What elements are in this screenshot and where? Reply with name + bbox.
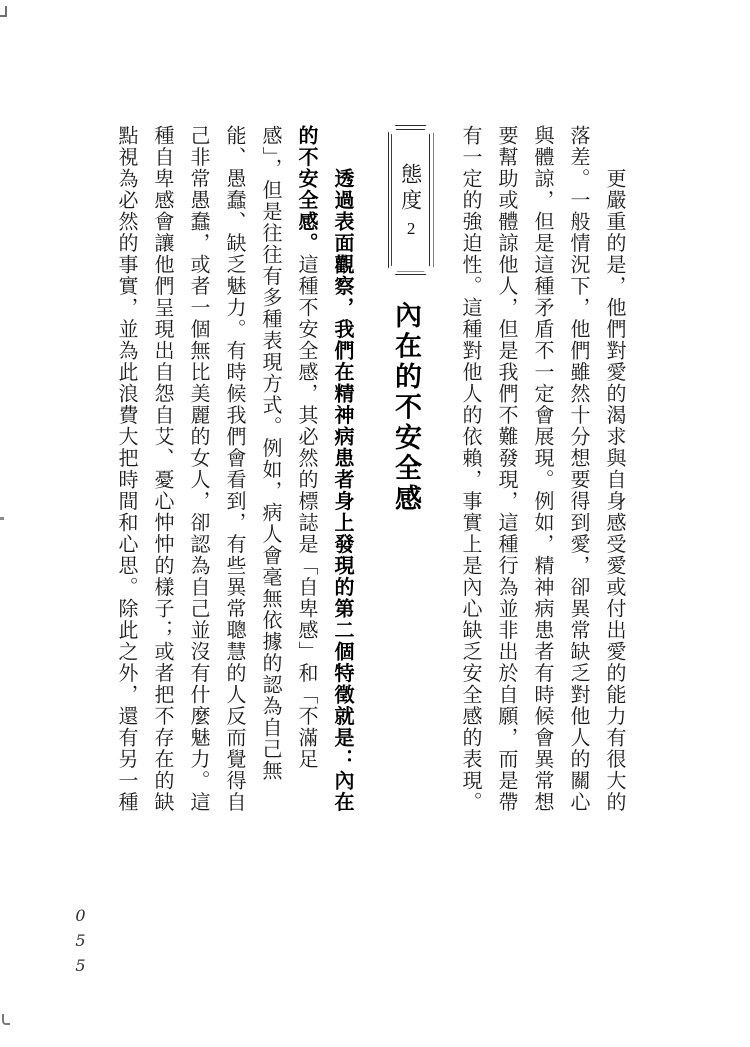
body-line: 點視為必然的事實，並為此浪費大把時間和心思。除此之外，還有另一種 — [108, 125, 144, 820]
scan-artifact-middle — [0, 517, 4, 520]
body-line: 要幫助或體諒他人，但是我們不難發現，這種行為並非出於自願，而是帶 — [488, 125, 524, 820]
body-line: 落差。一般情況下，他們雖然十分想要得到愛，卻異常缺乏對他人的關心 — [560, 125, 596, 820]
body-line: 與體諒，但是這種矛盾不一定會展現。例如，精神病患者有時候會異常想 — [524, 125, 560, 820]
section-title: 內在的不安全感 — [391, 301, 421, 515]
scan-artifact-bottom — [2, 1014, 10, 1025]
section-header: 態度2內在的不安全感 — [369, 125, 443, 820]
page-number: 055 — [71, 906, 90, 981]
body-line-bold-segment: 的不安全感。 — [295, 125, 317, 254]
section-badge-label: 態度 — [399, 163, 423, 215]
body-line: 能、愚蠢、缺乏魅力。有時候我們會看到，有些異常聰慧的人反而覺得自 — [216, 125, 252, 820]
book-page: 更嚴重的是，他們對愛的渴求與自身感受愛或付出愛的能力有很大的 落差。一般情況下，… — [0, 0, 750, 1047]
body-line: 感」，但是往往有多種表現方式。例如，病人會毫無依據的認為自己無 — [252, 125, 288, 820]
body-line: 有一定的強迫性。這種對他人的依賴，事實上是內心缺乏安全感的表現。 — [452, 125, 488, 820]
body-line-segment: 這種不安全感，其必然的標誌是「自卑感」和「不滿足 — [295, 254, 317, 770]
paragraph-1: 更嚴重的是，他們對愛的渴求與自身感受愛或付出愛的能力有很大的 落差。一般情況下，… — [452, 125, 632, 820]
body-line: 的不安全感。這種不安全感，其必然的標誌是「自卑感」和「不滿足 — [288, 125, 324, 820]
body-line: 種自卑感會讓他們呈現出自怨自艾、憂心忡忡的樣子；或者把不存在的缺 — [144, 125, 180, 820]
body-line: 己非常愚蠢，或者一個無比美麗的女人，卻認為自己並沒有什麼魅力。這 — [180, 125, 216, 820]
vertical-text-block: 更嚴重的是，他們對愛的渴求與自身感受愛或付出愛的能力有很大的 落差。一般情況下，… — [108, 125, 632, 820]
scan-artifact-top — [0, 6, 7, 17]
body-line-bold: 透過表面觀察，我們在精神病患者身上發現的第二個特徵就是：內在 — [324, 125, 360, 820]
section-badge-number: 2 — [402, 219, 421, 238]
section-badge: 態度2 — [388, 125, 434, 275]
paragraph-2: 透過表面觀察，我們在精神病患者身上發現的第二個特徵就是：內在 的不安全感。這種不… — [108, 125, 360, 820]
body-line: 更嚴重的是，他們對愛的渴求與自身感受愛或付出愛的能力有很大的 — [596, 125, 632, 820]
